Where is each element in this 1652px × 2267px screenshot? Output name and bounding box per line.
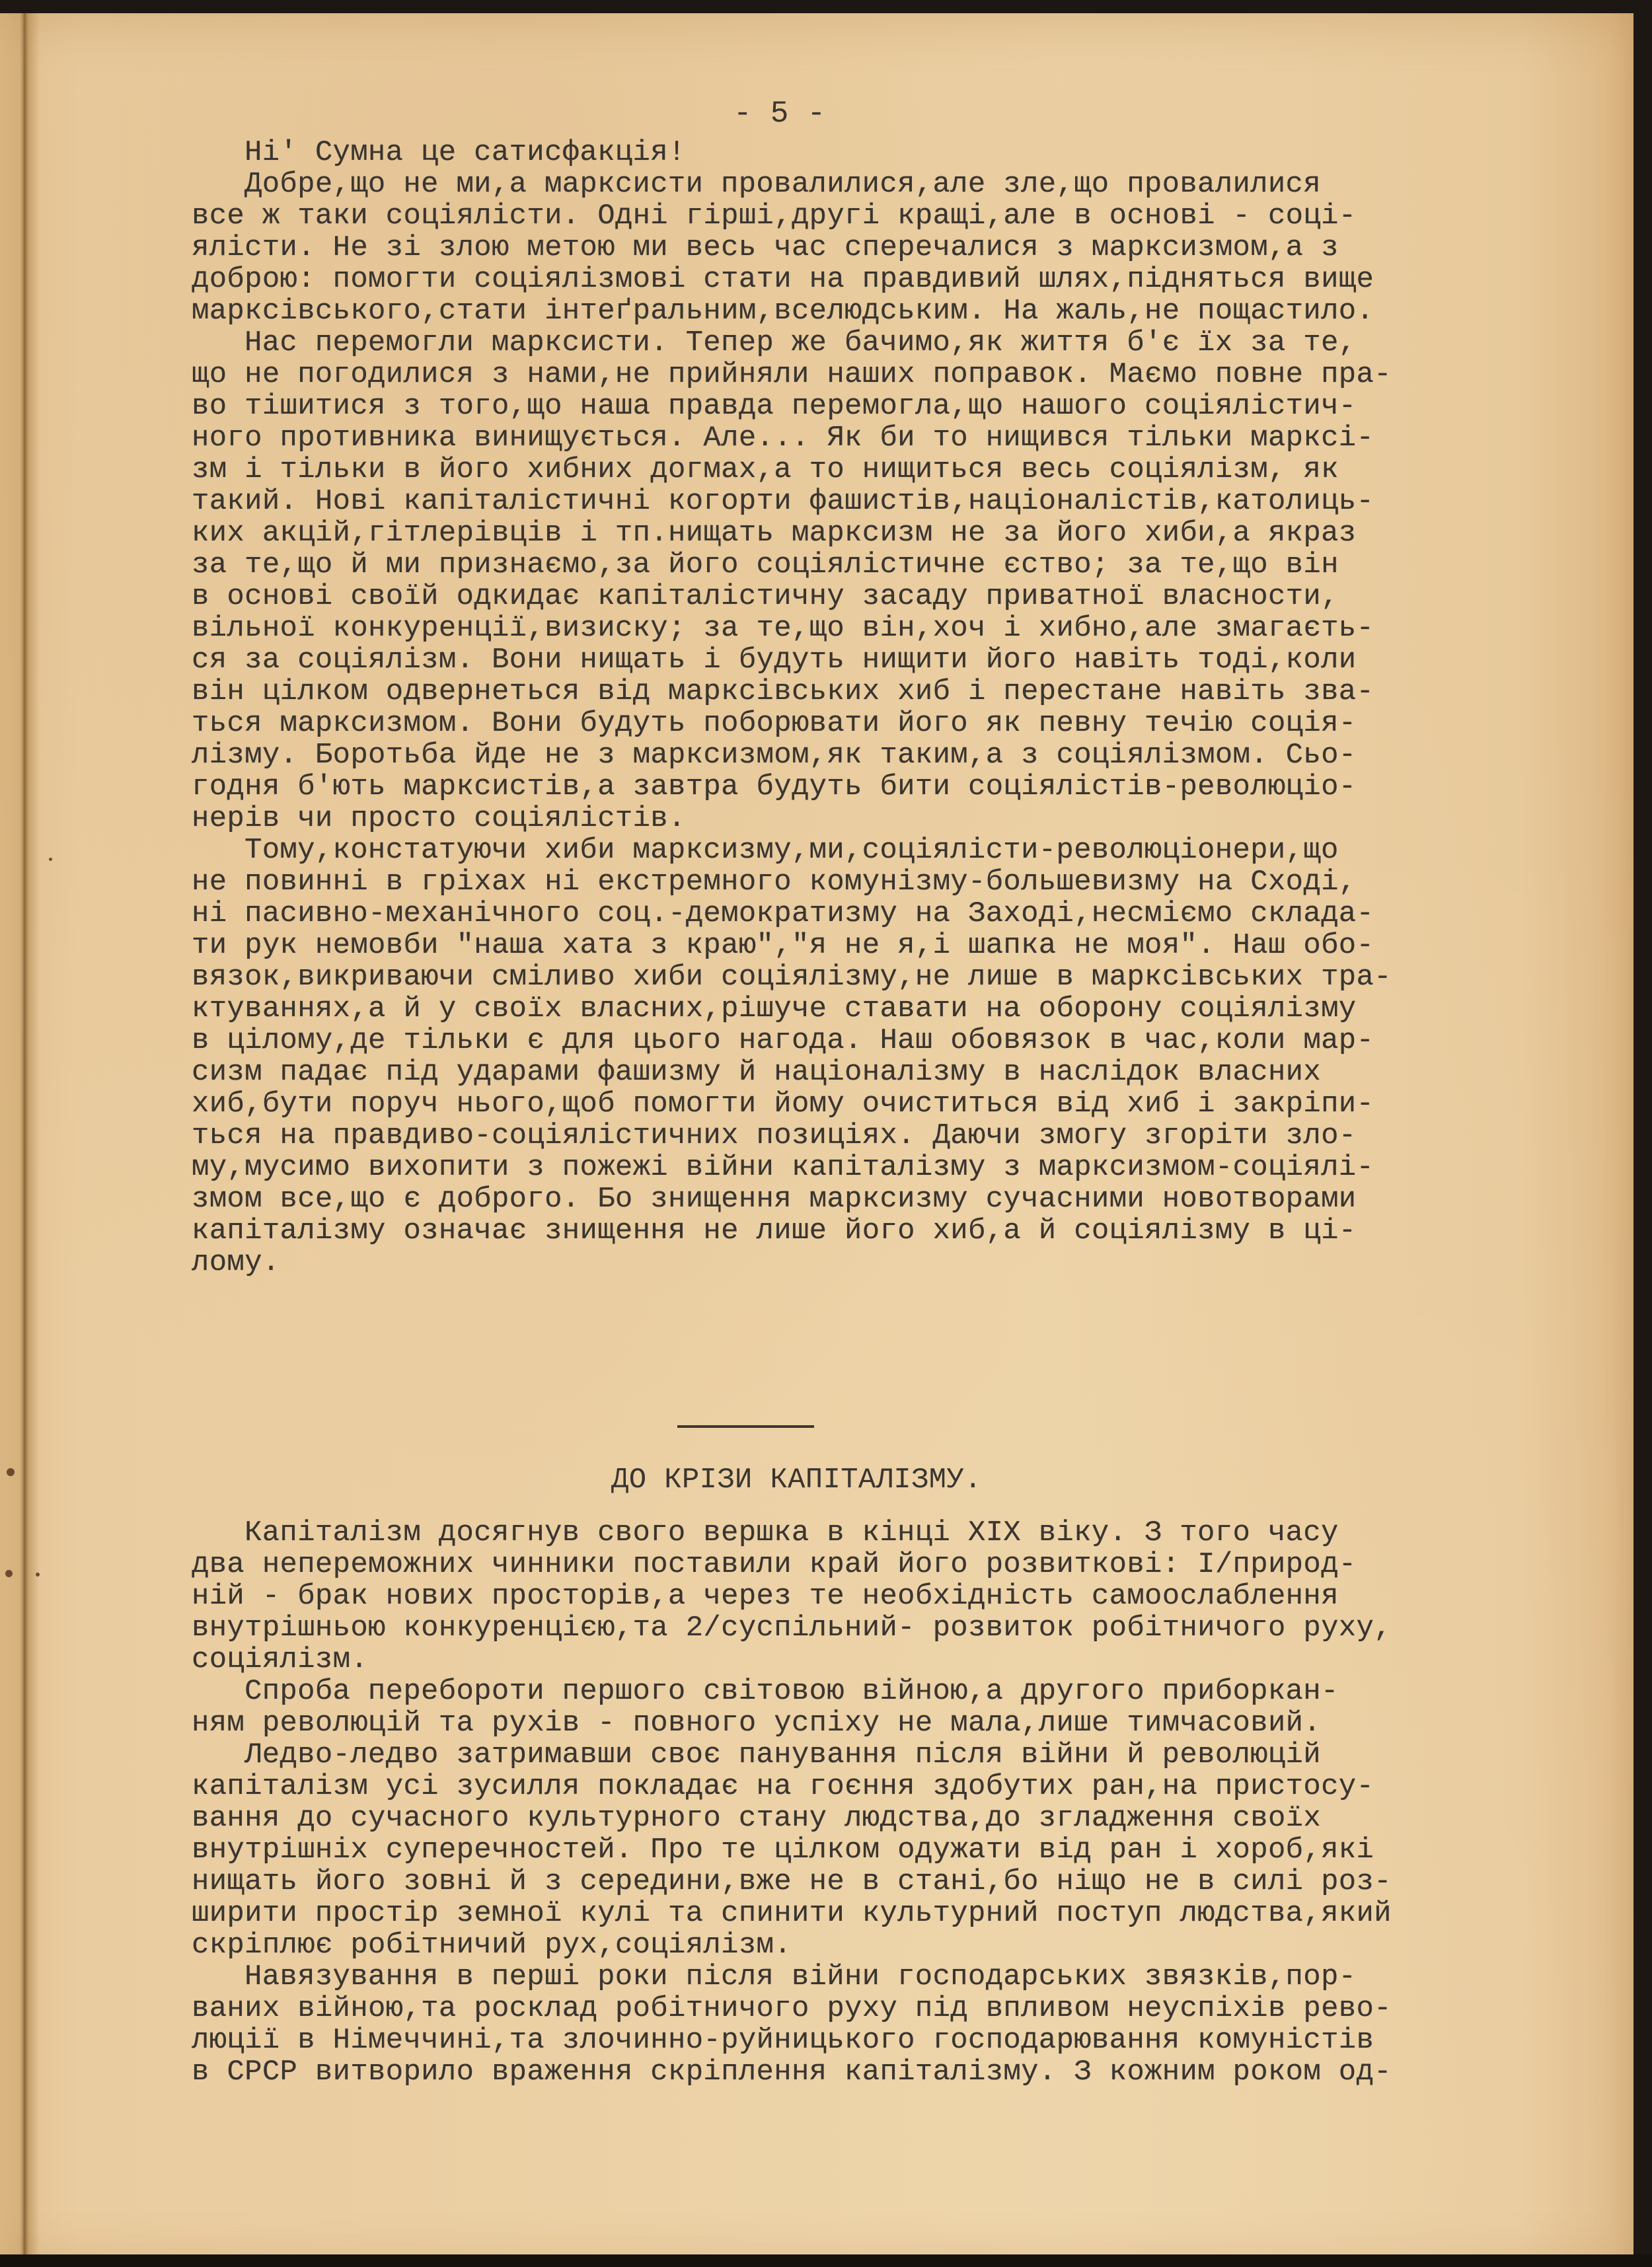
- punch-hole-mark: [7, 1468, 15, 1476]
- text-line: ваних війною,та росклад робітничого руху…: [192, 1993, 1392, 2025]
- text-line: за те,що й ми признаємо,за його соціяліс…: [192, 549, 1339, 581]
- text-line: два непереможних чинники поставили край …: [192, 1549, 1356, 1580]
- text-line: він цілком одвернеться від марксівських …: [192, 676, 1374, 708]
- text-line: вязок,викриваючи сміливо хиби соціялізму…: [192, 961, 1392, 993]
- text-line: люції в Німеччині,та злочинно-руйницьког…: [192, 2025, 1374, 2056]
- text-line: внутрішніх суперечностей. Про те цілком …: [192, 1834, 1374, 1866]
- text-line: Тому,констатуючи хиби марксизму,ми,соція…: [244, 835, 1339, 866]
- text-line: що не погодилися з нами,не прийняли наши…: [192, 359, 1392, 390]
- text-line: зм і тільки в його хибних догмах,а то ни…: [192, 454, 1339, 486]
- text-line: внутрішньою конкуренцією,та 2/суспільний…: [192, 1612, 1392, 1644]
- scan-border-bottom: [0, 2254, 1652, 2267]
- text-line: змом все,що є доброго. Бо знищення маркс…: [192, 1183, 1356, 1215]
- text-line: нищать його зовні й з середини,вже не в …: [192, 1866, 1392, 1898]
- text-line: капіталізм усі зусилля покладає на гоєнн…: [192, 1771, 1374, 1802]
- typewritten-page: - 5 - Ні' Сумна це сатисфакція! Добре,що…: [0, 13, 1633, 2254]
- text-line: Капіталізм досягнув свого вершка в кінці…: [244, 1517, 1339, 1549]
- text-line: Ледво-ледво затримавши своє панування пі…: [244, 1739, 1321, 1771]
- text-line: му,мусимо вихопити з пожежі війни капіта…: [192, 1152, 1374, 1183]
- page-number: - 5 -: [733, 98, 826, 130]
- text-line: ктуваннях,а й у своїх власних,рішуче ста…: [192, 993, 1356, 1025]
- text-line: Нас перемогли марксисти. Тепер же бачимо…: [244, 327, 1356, 359]
- text-line: вання до сучасного культурного стану люд…: [192, 1802, 1321, 1834]
- text-line: годня б'ють марксистів,а завтра будуть б…: [192, 771, 1356, 803]
- text-line: ялісти. Не зі злою метою ми весь час спе…: [192, 232, 1339, 264]
- text-line: тьcя на правдиво-соціялістичних позиціях…: [192, 1120, 1356, 1152]
- punch-hole-mark: [5, 1570, 13, 1577]
- text-line: Спроба перебороти першого світовою війно…: [244, 1676, 1339, 1707]
- text-line: во тішитися з того,що наша правда перемо…: [192, 390, 1356, 422]
- text-line: соціялізм.: [192, 1644, 368, 1676]
- punch-hole-mark: [36, 1573, 40, 1577]
- text-line: ні пасивно-механічного соц.-демократизму…: [192, 898, 1374, 930]
- binding-fold-line: [22, 13, 26, 2254]
- text-line: ній - брак нових просторів,а через те не…: [192, 1580, 1339, 1612]
- text-line: в цілому,де тільки є для цього нагода. Н…: [192, 1025, 1374, 1057]
- text-line: Добре,що не ми,а марксисти провалилися,а…: [244, 168, 1321, 200]
- text-line: такий. Нові капіталістичні когорти фашис…: [192, 486, 1374, 517]
- text-line: доброю: помогти соціялізмові стати на пр…: [192, 264, 1374, 295]
- text-line: сизм падає під ударами фашизму й націона…: [192, 1057, 1321, 1088]
- section-divider: [677, 1425, 814, 1428]
- text-line: Ні' Сумна це сатисфакція!: [244, 137, 686, 168]
- text-line: ного противника винищується. Але... Як б…: [192, 422, 1374, 454]
- text-line: ням революцій та рухів - повного успіху …: [192, 1707, 1321, 1739]
- text-line: Навязування в перші роки після війни гос…: [244, 1961, 1356, 1993]
- text-line: капіталізму означає знищення не лише йог…: [192, 1215, 1356, 1247]
- text-line: ких акцій,гітлерівців і тп.нищать маркси…: [192, 517, 1356, 549]
- text-line: марксівського,стати інтеґральним,вселюдс…: [192, 295, 1374, 327]
- punch-hole-mark: [49, 858, 52, 861]
- text-line: тьcя марксизмом. Вони будуть поборювати …: [192, 708, 1356, 739]
- text-line: скріплює робітничий рух,соціялізм.: [192, 1929, 792, 1961]
- text-line: ти рук немовби "наша хата з краю","я не …: [192, 930, 1374, 961]
- text-line: ширити простір земної кулі та спинити ку…: [192, 1898, 1392, 1929]
- text-line: вільної конкуренції,визиску; за те,що ві…: [192, 613, 1374, 644]
- text-line: в основі своїй одкидає капіталістичну за…: [192, 581, 1339, 613]
- text-line: не повинні в гріхах ні екстремного комун…: [192, 866, 1356, 898]
- section-heading: ДО КРІЗИ КАПІТАЛІЗМУ.: [611, 1464, 982, 1496]
- text-line: лому.: [192, 1247, 280, 1279]
- text-line: хиб,бути поруч нього,щоб помогти йому оч…: [192, 1088, 1374, 1120]
- text-line: все ж таки соціялісти. Одні гірші,другі …: [192, 200, 1356, 232]
- text-line: лізму. Боротьба йде не з марксизмом,як т…: [192, 739, 1356, 771]
- text-line: ся за соціялізм. Вони нищать і будуть ни…: [192, 644, 1356, 676]
- text-line: нерів чи просто соціялістів.: [192, 803, 686, 835]
- text-line: в СРСР витворило враження скріплення кап…: [192, 2056, 1392, 2088]
